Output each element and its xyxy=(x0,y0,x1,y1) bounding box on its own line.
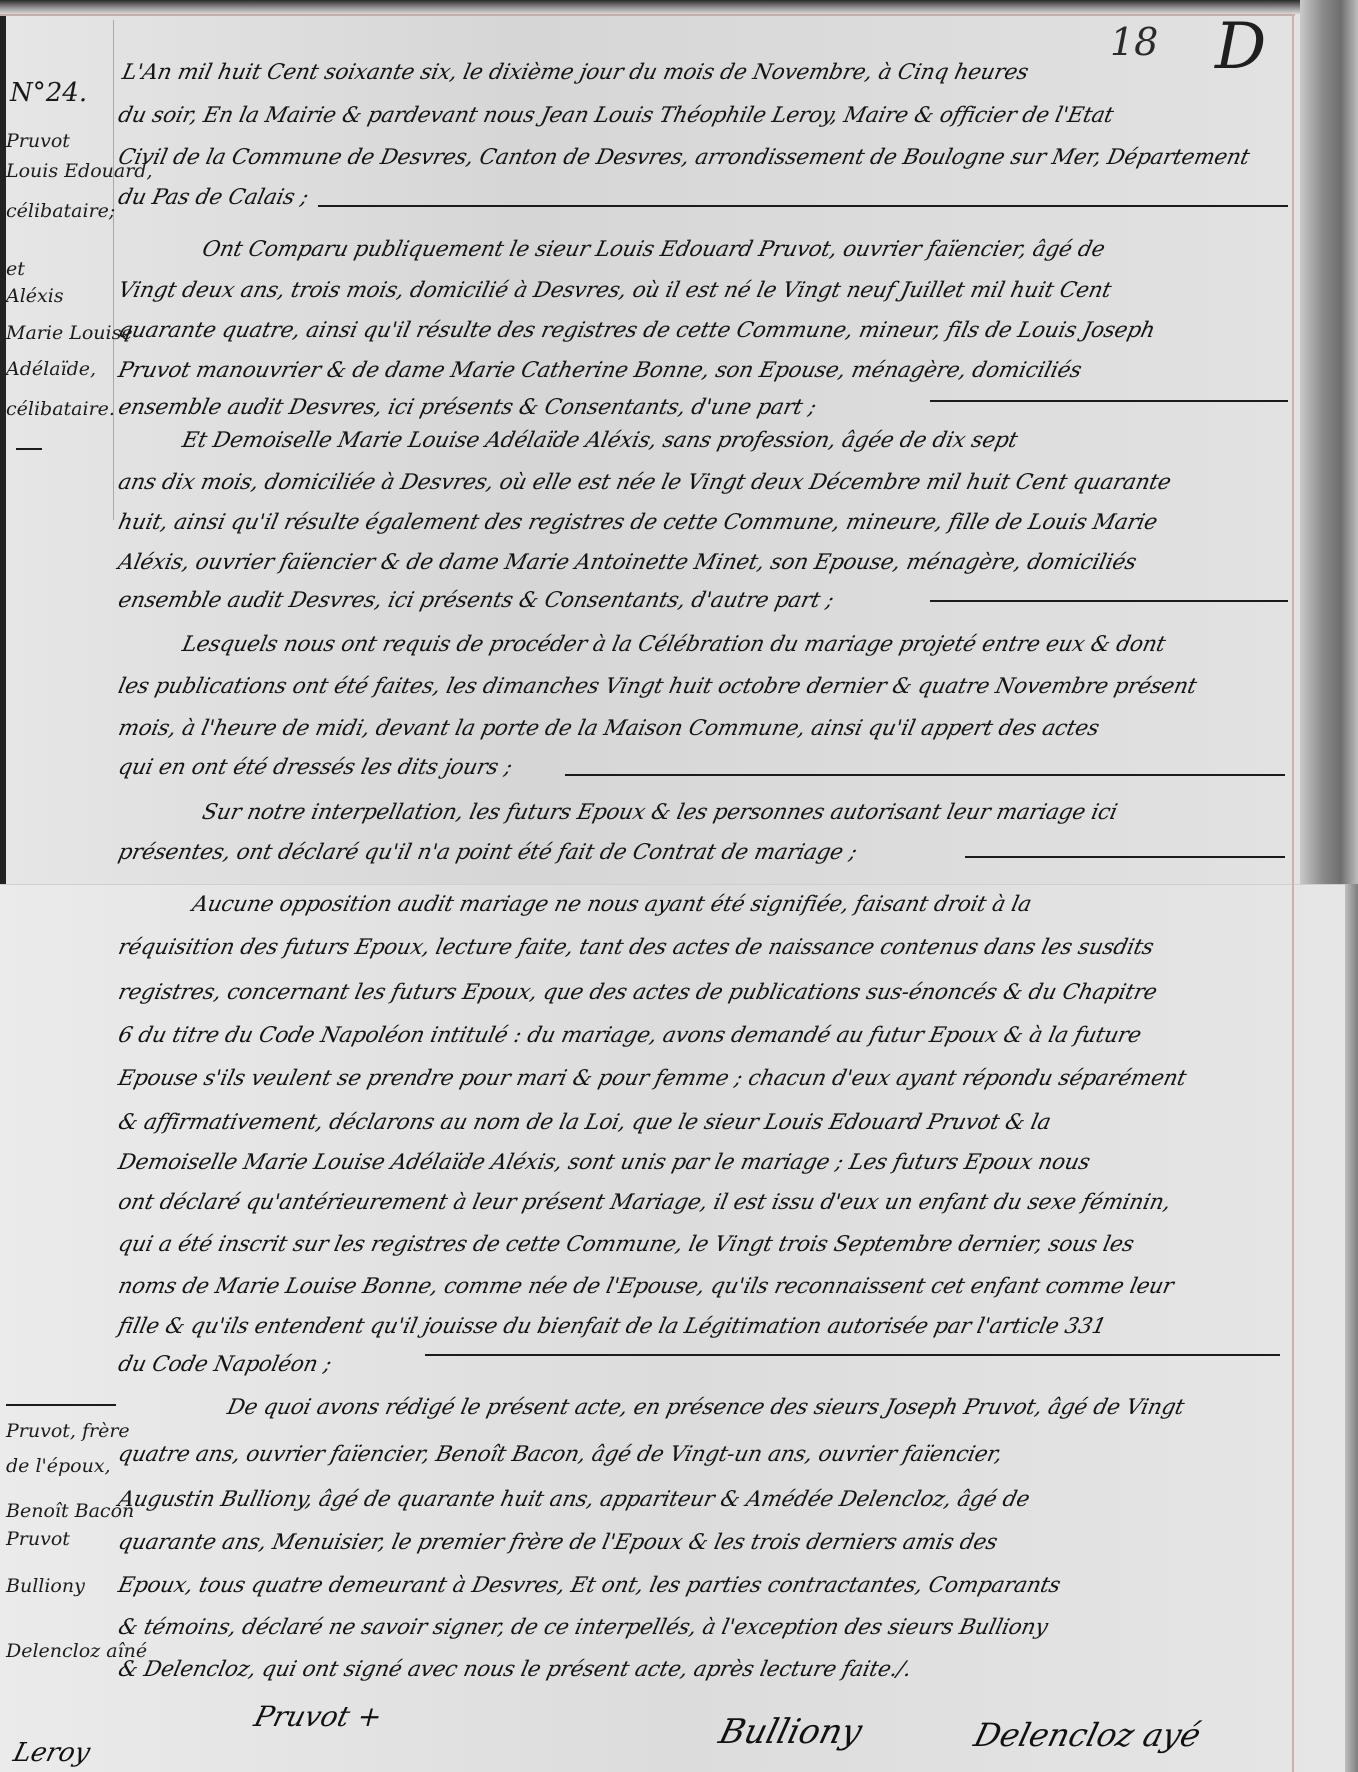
margin-note: de l'époux, xyxy=(6,1455,111,1477)
text-line: & affirmativement, déclarons au nom de l… xyxy=(116,1110,1053,1135)
folio-number: 18 xyxy=(1110,20,1158,64)
text-line: du Pas de Calais ; xyxy=(116,185,311,210)
text-line: mois, à l'heure de midi, devant la porte… xyxy=(116,716,1101,741)
margin-note: Pruvot xyxy=(6,1528,70,1550)
scan-seam xyxy=(0,884,1345,885)
text-line: huit, ainsi qu'il résulte également des … xyxy=(116,510,1160,535)
ruled-line xyxy=(965,856,1285,858)
folio-mark: D xyxy=(1215,10,1266,84)
text-line: Ont Comparu publiquement le sieur Louis … xyxy=(200,237,1107,262)
margin-note: et xyxy=(6,258,25,280)
book-binding-gutter-lower xyxy=(1345,884,1358,1772)
top-red-rule xyxy=(0,14,1295,16)
margin-note: Pruvot, frère xyxy=(6,1420,130,1442)
text-line: Lesquels nous ont requis de procéder à l… xyxy=(180,632,1168,657)
text-line: ont déclaré qu'antérieurement à leur pré… xyxy=(116,1190,1173,1215)
ruled-line xyxy=(930,600,1288,602)
margin-note: Adélaïde, xyxy=(6,358,96,380)
margin-rule xyxy=(113,20,114,520)
text-line: & Delencloz, qui ont signé avec nous le … xyxy=(116,1657,914,1682)
margin-note: Pruvot xyxy=(6,130,70,152)
text-line: du Code Napoléon ; xyxy=(116,1352,334,1377)
text-line: Vingt deux ans, trois mois, domicilié à … xyxy=(116,278,1113,303)
signature-maire: Leroy xyxy=(10,1738,93,1768)
ruled-line xyxy=(425,1354,1280,1356)
margin-note: Marie Louise xyxy=(6,322,133,344)
margin-dash xyxy=(16,448,42,450)
margin-note: Benoît Bacon xyxy=(6,1500,134,1522)
margin-rule-line xyxy=(6,1404,116,1406)
ruled-line xyxy=(930,400,1288,402)
book-binding-gutter xyxy=(1300,0,1358,884)
signature-bulliony: Bulliony xyxy=(715,1712,866,1752)
text-line: Aucune opposition audit mariage ne nous … xyxy=(190,892,1034,917)
margin-note: Aléxis xyxy=(6,285,64,307)
register-page: 18 D N°24. Pruvot Louis Edouard, célibat… xyxy=(0,0,1358,1772)
text-line: noms de Marie Louise Bonne, comme née de… xyxy=(116,1274,1176,1299)
text-line: réquisition des futurs Epoux, lecture fa… xyxy=(116,935,1156,960)
right-red-rule xyxy=(1292,14,1294,1772)
text-line: présentes, ont déclaré qu'il n'a point é… xyxy=(116,840,859,865)
text-line: Epoux, tous quatre demeurant à Desvres, … xyxy=(116,1573,1063,1598)
text-line: Civil de la Commune de Desvres, Canton d… xyxy=(116,145,1252,170)
margin-note: Bulliony xyxy=(6,1575,85,1597)
text-line: Demoiselle Marie Louise Adélaïde Aléxis,… xyxy=(116,1150,1092,1175)
text-line: ensemble audit Desvres, ici présents & C… xyxy=(116,395,819,420)
signature-pruvot-mark: Pruvot + xyxy=(251,1700,386,1733)
text-line: quatre ans, ouvrier faïencier, Benoît Ba… xyxy=(116,1442,1004,1467)
signature-delencloz: Delencloz ayé xyxy=(970,1716,1204,1754)
text-line: Epouse s'ils veulent se prendre pour mar… xyxy=(116,1066,1188,1091)
text-line: Pruvot manouvrier & de dame Marie Cather… xyxy=(116,358,1084,383)
ruled-line xyxy=(565,774,1285,776)
text-line: Et Demoiselle Marie Louise Adélaïde Aléx… xyxy=(180,428,1020,453)
text-line: & témoins, déclaré ne savoir signer, de … xyxy=(116,1615,1050,1640)
text-line: les publications ont été faites, les dim… xyxy=(116,674,1199,699)
text-line: registres, concernant les futurs Epoux, … xyxy=(116,980,1159,1005)
text-line: du soir, En la Mairie & pardevant nous J… xyxy=(116,103,1116,128)
text-line: quarante quatre, ainsi qu'il résulte des… xyxy=(116,318,1157,343)
margin-note: célibataire; xyxy=(6,200,115,222)
margin-note: célibataire. xyxy=(6,398,115,420)
entry-number: N°24. xyxy=(10,78,87,108)
page-top-shadow xyxy=(0,0,1358,14)
text-line: 6 du titre du Code Napoléon intitulé : d… xyxy=(116,1023,1143,1048)
text-line: quarante ans, Menuisier, le premier frèr… xyxy=(116,1530,1000,1555)
text-line: De quoi avons rédigé le présent acte, en… xyxy=(225,1395,1186,1420)
ruled-line xyxy=(318,205,1288,207)
text-line: qui en ont été dressés les dits jours ; xyxy=(116,755,514,780)
text-line: L'An mil huit Cent soixante six, le dixi… xyxy=(120,60,1031,85)
margin-note: Delencloz aîné xyxy=(6,1640,147,1662)
text-line: Aléxis, ouvrier faïencier & de dame Mari… xyxy=(116,550,1139,575)
text-line: ensemble audit Desvres, ici présents & C… xyxy=(116,588,836,613)
text-line: qui a été inscrit sur les registres de c… xyxy=(116,1232,1136,1257)
text-line: Sur notre interpellation, les futurs Epo… xyxy=(200,800,1119,825)
text-line: Augustin Bulliony, âgé de quarante huit … xyxy=(116,1487,1032,1512)
text-line: ans dix mois, domiciliée à Desvres, où e… xyxy=(116,470,1173,495)
text-line: fille & qu'ils entendent qu'il jouisse d… xyxy=(116,1314,1108,1339)
